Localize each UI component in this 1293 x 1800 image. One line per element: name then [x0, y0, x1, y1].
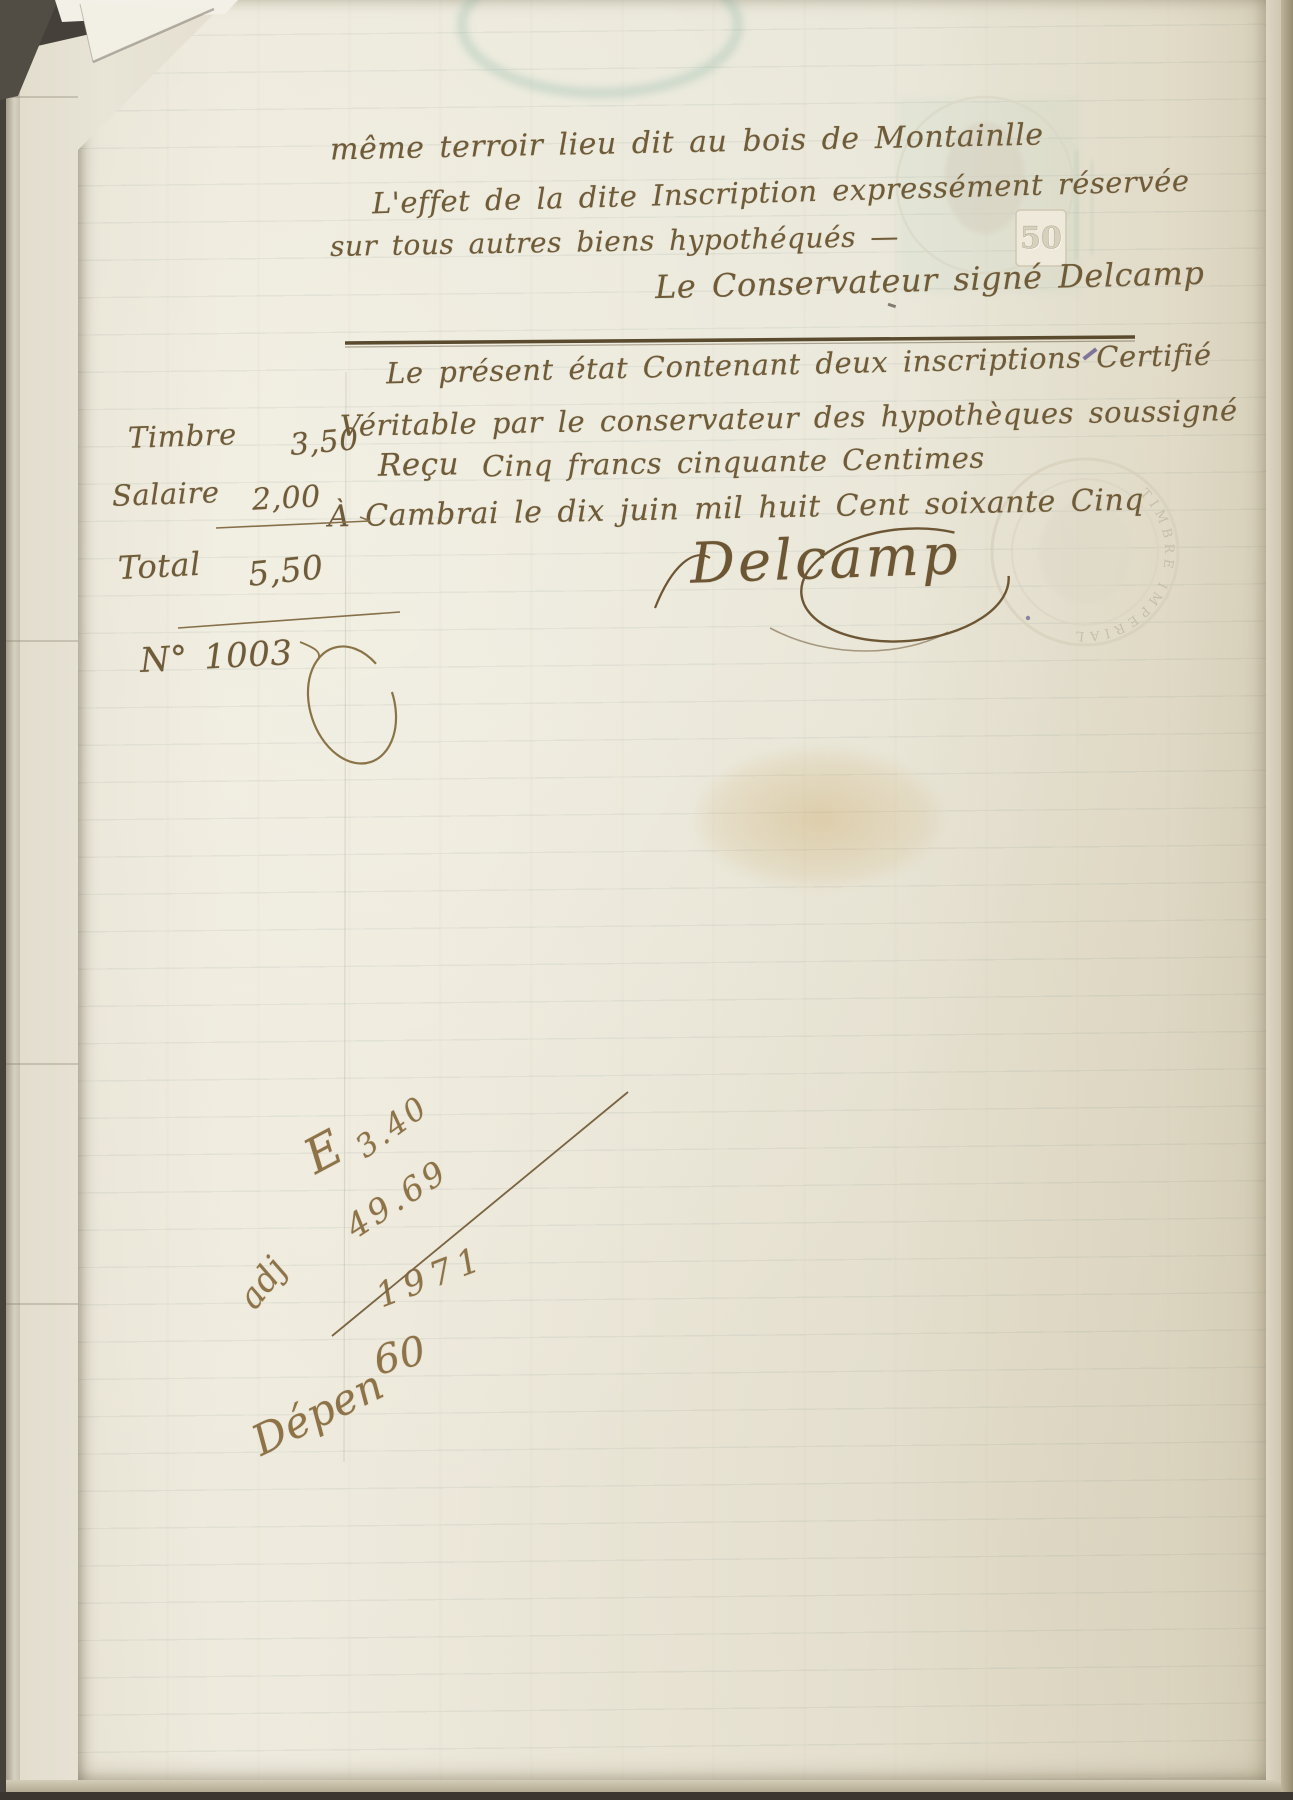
- amount-in-words: Cinq francs cinquante Centimes: [482, 444, 985, 482]
- bottom-scan-edge: [0, 1792, 1293, 1800]
- fee-label-salaire: Salaire: [112, 478, 220, 511]
- left-edge-crease: [6, 640, 78, 642]
- fee-value-total: 5,50: [246, 550, 325, 591]
- right-scan-edge: [1281, 0, 1293, 1792]
- left-page-edge-strip: [6, 0, 20, 1792]
- signature: Delcamp: [689, 527, 961, 592]
- recu-label: Reçu: [378, 449, 460, 481]
- fee-label-timbre: Timbre: [128, 420, 238, 453]
- fee-label-total: Total: [117, 548, 201, 584]
- scanned-document: { "document": { "kind": "scanned manuscr…: [0, 0, 1293, 1800]
- left-edge-crease: [6, 96, 78, 98]
- bottom-page-edge-strip: [6, 1780, 1281, 1792]
- paper-stain: [695, 748, 943, 888]
- registration-number: N° 1003: [139, 636, 293, 678]
- annotation-sixty: 60: [370, 1330, 430, 1381]
- left-edge-crease: [6, 1063, 78, 1065]
- right-page-edge-strip: [1266, 0, 1281, 1792]
- left-edge-crease: [6, 1303, 78, 1305]
- fee-value-salaire: 2,00: [251, 482, 321, 516]
